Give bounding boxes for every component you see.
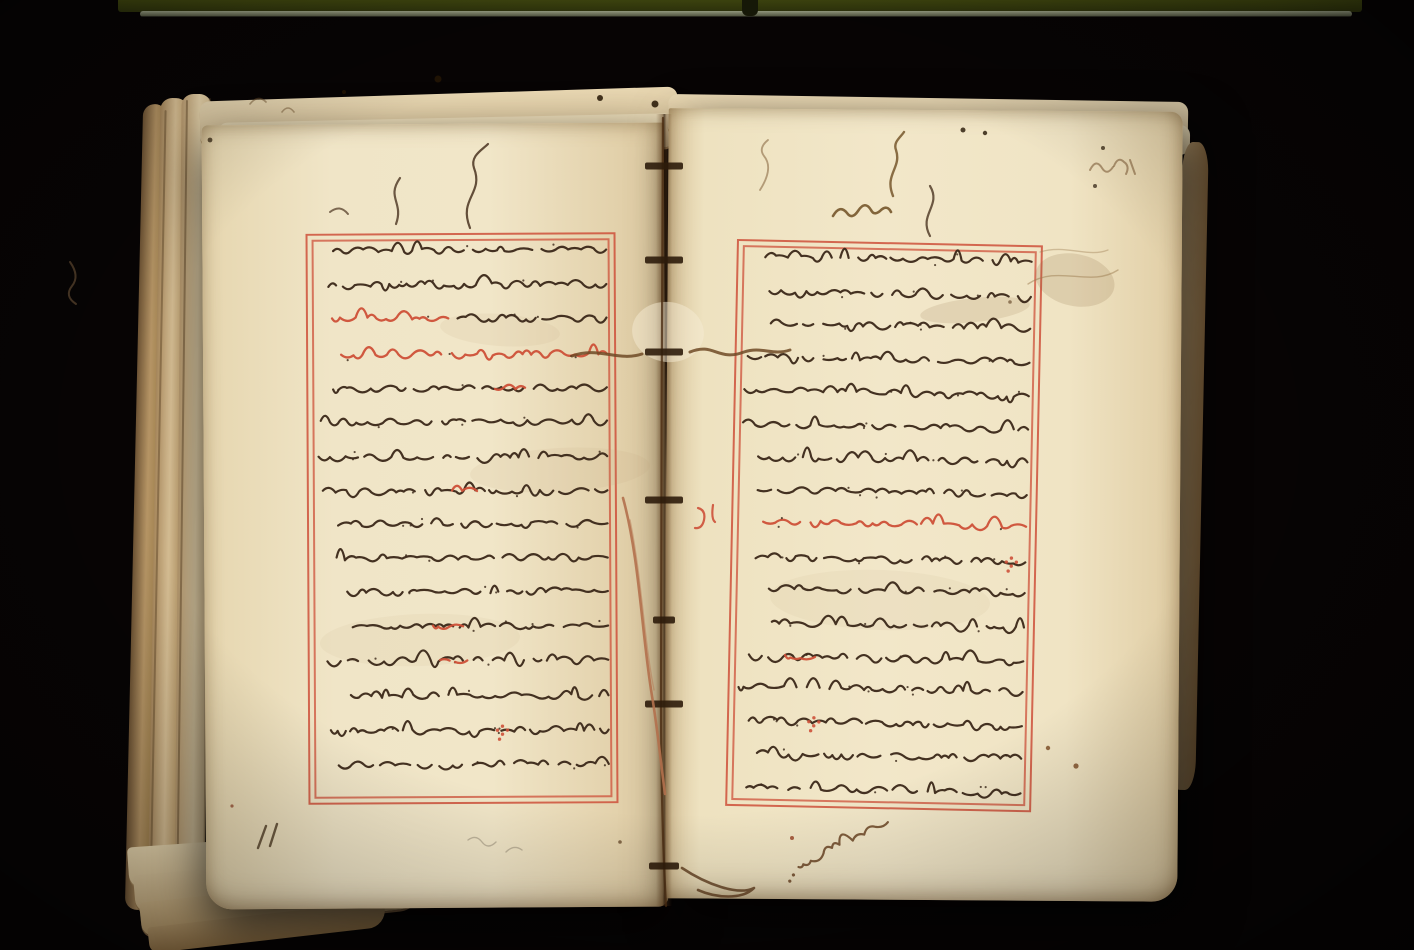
handwriting-layer bbox=[0, 0, 1414, 950]
manuscript-photo bbox=[0, 0, 1414, 950]
binding-stitches bbox=[572, 118, 790, 906]
catchword bbox=[780, 814, 893, 883]
right-page-text bbox=[735, 246, 1031, 799]
